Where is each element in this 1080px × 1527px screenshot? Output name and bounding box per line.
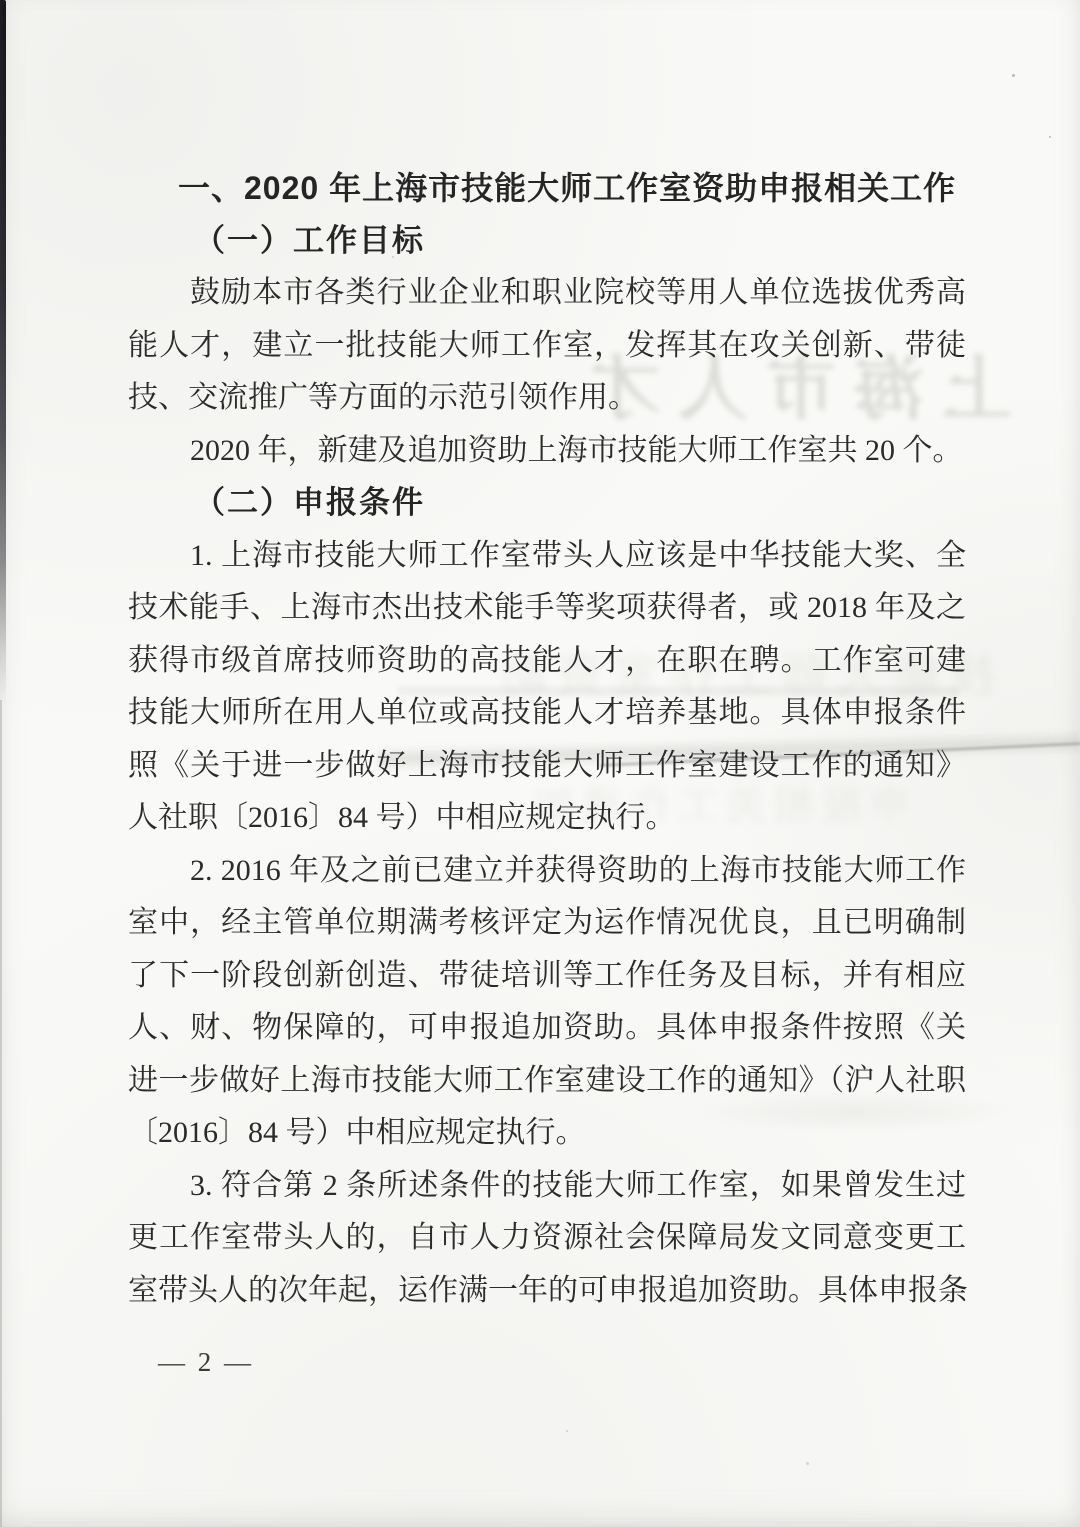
scan-edge-line [0,700,2,1527]
text-line: 人、财、物保障的，可申报追加资助。具体申报条件按照《关于 [128,1002,966,1055]
text-line: 室带头人的次年起，运作满一年的可申报追加资助。具体申报条 [128,1265,966,1318]
dust-speck [566,1430,568,1432]
scan-edge-shadow [0,0,6,702]
dust-speck [1049,136,1051,138]
text-line: 1. 上海市技能大师工作室带头人应该是中华技能大奖、全国 [128,530,966,583]
text-line: 室中，经主管单位期满考核评定为运作情况优良，且已明确制定 [128,897,966,950]
text-line: 获得市级首席技师资助的高技能人才，在职在聘。工作室可建在 [128,635,966,688]
text-line: 技能大师所在用人单位或高技能人才培养基地。具体申报条件按 [128,687,966,740]
page-number: — 2 — [158,1347,254,1378]
document-title: 一、2020 年上海市技能大师工作室资助申报相关工作 [128,162,966,215]
document-body: 一、2020 年上海市技能大师工作室资助申报相关工作（一）工作目标鼓励本市各类行… [128,162,966,1317]
text-line: 2020 年，新建及追加资助上海市技能大师工作室共 20 个。 [128,425,966,478]
dust-speck [1012,74,1015,77]
text-line: 人社职〔2016〕84 号）中相应规定执行。 [128,792,966,845]
dust-speck [806,1462,809,1465]
dust-speck [392,256,394,258]
text-line: 更工作室带头人的，自市人力资源社会保障局发文同意变更工作 [128,1212,966,1265]
text-line: 照《关于进一步做好上海市技能大师工作室建设工作的通知》(沪 [128,740,966,793]
text-line: 进一步做好上海市技能大师工作室建设工作的通知》（沪人社职 [128,1055,966,1108]
text-line: 了下一阶段创新创造、带徒培训等工作任务及目标，并有相应的 [128,950,966,1003]
scanned-document-page: { "document": { "title": "一、2020 年上海市技能大… [0,0,1080,1527]
text-line: 鼓励本市各类行业企业和职业院校等用人单位选拔优秀高技 [128,267,966,320]
text-line: 技、交流推广等方面的示范引领作用。 [128,372,966,425]
text-line: 能人才，建立一批技能大师工作室，发挥其在攻关创新、带徒传 [128,320,966,373]
section-heading: （二）申报条件 [128,477,966,530]
text-line: 技术能手、上海市杰出技术能手等奖项获得者，或 2018 年及之前 [128,582,966,635]
text-line: 2. 2016 年及之前已建立并获得资助的上海市技能大师工作 [128,845,966,898]
text-line: 3. 符合第 2 条所述条件的技能大师工作室，如果曾发生过变 [128,1160,966,1213]
section-heading: （一）工作目标 [128,215,966,268]
text-line: 〔2016〕84 号）中相应规定执行。 [128,1107,966,1160]
